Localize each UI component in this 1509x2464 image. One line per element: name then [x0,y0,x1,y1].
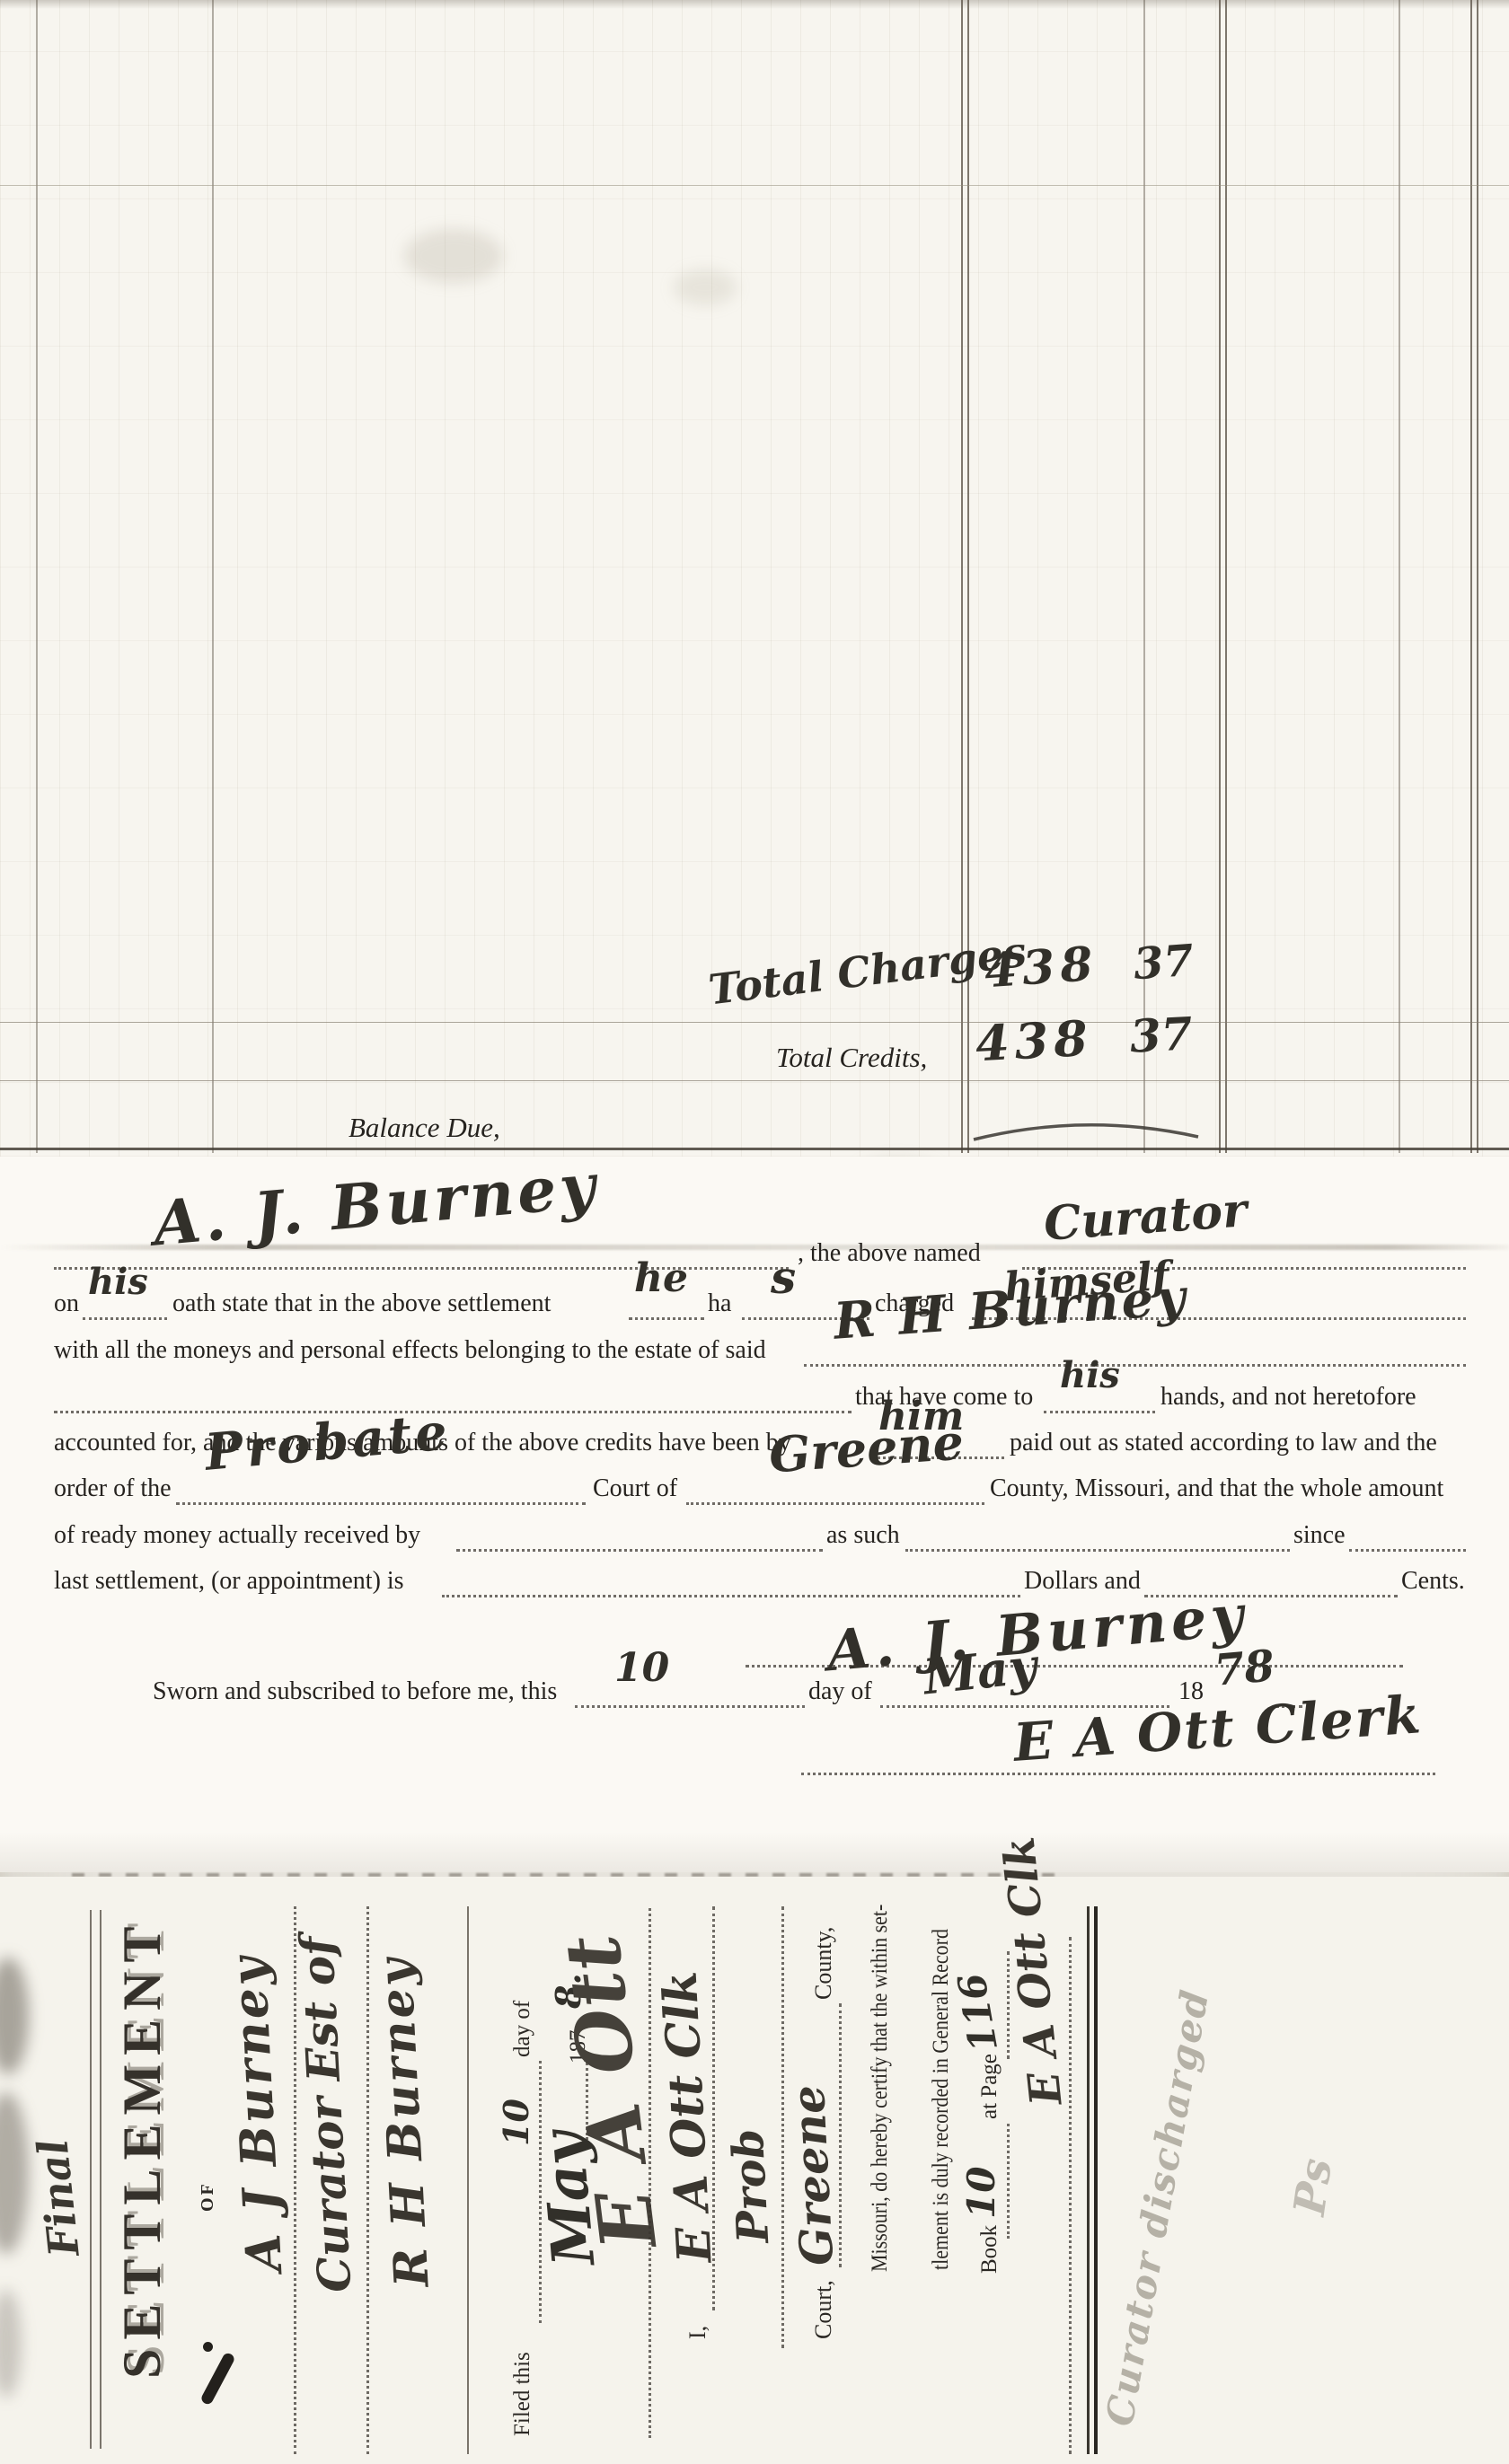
county-label: County, [810,1927,837,2000]
blank-line [905,1549,1290,1552]
total-credits-label: Total Credits, [776,1042,927,1074]
signature-line [801,1773,1435,1775]
of-label: OF [198,2181,218,2212]
form-text: order of the [54,1474,172,1503]
docket-line [649,1908,651,2438]
form-text: Cents. [1401,1567,1465,1596]
form-text: Sworn and subscribed to before me, this [153,1677,557,1706]
filed-day-entry: 10 [499,2099,534,2146]
form-text: of ready money actually received by [54,1521,420,1550]
ink-blot [199,2352,236,2407]
blank-line [686,1502,984,1505]
pencil-note: Curator discharged [1100,1986,1214,2429]
blank-line [629,1317,704,1320]
docket-name-3: R H Burney [372,1955,436,2288]
book-label: Book [977,2225,1002,2274]
ledger-column-line-double [1225,0,1227,1153]
total-credits-cents: 37 [1129,1011,1194,1060]
day-of-label: day of [510,2001,535,2057]
scanned-settlement-document: Total Charges 438 37 Total Credits, 438 … [0,0,1509,2464]
court-label: Court, [810,2280,837,2339]
s-entry: s [771,1255,796,1300]
curator-entry: Curator [1042,1187,1248,1248]
docket-title: SETTLEMENT [111,1918,173,2379]
scan-top-edge [0,0,1509,9]
year-entry: 78 [1213,1644,1276,1693]
form-text: Court of [593,1474,677,1503]
he-entry: he [634,1259,688,1298]
blank-line [54,1411,852,1413]
total-credits-dollars: 438 [975,1014,1094,1069]
form-text: with all the moneys and personal effects… [54,1336,766,1365]
month-entry: May [922,1641,1039,1702]
form-text: as such [826,1521,900,1550]
affidavit-section [0,1157,1509,1872]
docket-rotated-wrapper: Final SETTLEMENT OF A J Burney Curator E… [36,1899,1401,2456]
form-text: oath state that in the above settlement [172,1289,551,1318]
final-annotation: Final [31,2137,84,2258]
ledger-column-line-double [1477,0,1478,1153]
filed-this-label: Filed this [510,2352,535,2436]
form-text: County, Missouri, and that the whole amo… [990,1474,1443,1503]
docket-line [712,1906,715,2310]
total-charges-cents: 37 [1132,939,1195,987]
i-label: I, [684,2326,711,2339]
form-text: ha [708,1289,731,1318]
ledger-column-line-double [1219,0,1221,1153]
form-text: , the above named [798,1239,981,1268]
docket-line [839,2003,842,2267]
signature-line [746,1665,1403,1668]
form-text: Dollars and [1024,1567,1141,1596]
ledger-column-line-double [1470,0,1472,1153]
blank-line [1349,1549,1466,1552]
ledger-column-line [36,0,38,1153]
form-text: paid out as stated according to law and … [1010,1429,1437,1457]
docket-panel: Final SETTLEMENT OF A J Burney Curator E… [36,1899,1401,2456]
cert-text-line: Missouri, do hereby certify that the wit… [868,1905,893,2272]
form-text: last settlement, (or appointment) is [54,1567,404,1596]
ink-blot [203,2342,213,2352]
his-entry: his [88,1264,148,1300]
county-entry: Greene [786,2084,840,2266]
balance-due-label: Balance Due, [349,1112,500,1144]
court-name-entry: Prob [727,2128,776,2244]
pencil-initials: Ps [1288,2156,1338,2218]
ledger-row-line [0,185,1509,186]
docket-line [1007,2124,1010,2239]
paper-stain [674,269,737,305]
paper-stain [404,229,503,283]
ledger-row-line [0,1080,1509,1081]
form-text: on [54,1289,79,1318]
ledger-column-line [212,0,214,1153]
docket-name-1: A J Burney [224,1953,288,2273]
flourish-line [968,1110,1204,1146]
docket-top-rule [100,1910,101,2449]
cert-clerk-entry: E A Ott Clk [657,1970,719,2264]
book-entry: 10 [963,2167,1001,2219]
blank-line [176,1502,586,1505]
form-text: hands, and not heretofore [1160,1383,1416,1412]
page-entry: 116 [953,1970,1004,2055]
docket-top-rule [90,1910,92,2449]
blank-line [575,1705,805,1708]
form-text: since [1293,1521,1346,1550]
form-text: day of [808,1677,872,1706]
docket-end-rule [1087,1906,1090,2454]
at-page-label: at Page [977,2054,1002,2119]
blank-line [442,1595,1020,1597]
his-entry: his [1060,1358,1120,1394]
docket-name-2: Curator Est of [295,1935,358,2293]
blank-line [83,1317,167,1320]
ledger-row-line [0,1022,1509,1023]
ledger-column-line [1399,0,1400,1153]
blank-line [456,1549,823,1552]
docket-line [467,1906,469,2454]
docket-end-rule [1094,1906,1098,2454]
fold-shadow-band [0,1832,1509,1877]
greene-entry: Greene [767,1418,965,1480]
blank-line [1044,1411,1155,1413]
total-charges-dollars: 438 [983,941,1099,996]
blank-line [804,1364,1466,1367]
docket-line [1069,1937,1072,2454]
day-entry: 10 [614,1649,669,1688]
